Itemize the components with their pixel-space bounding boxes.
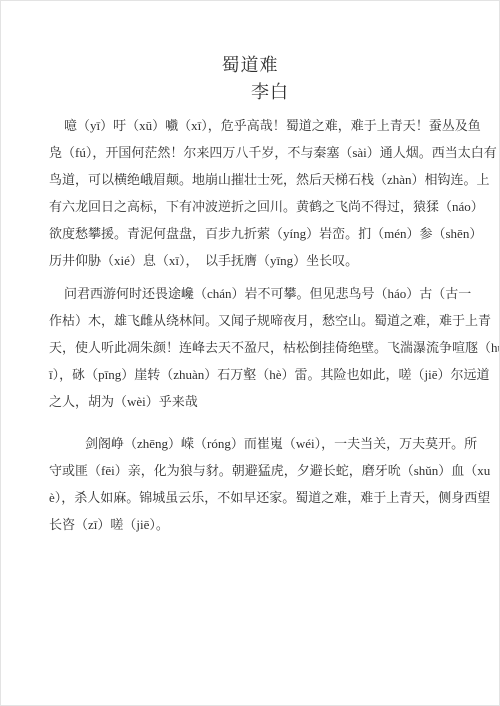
paragraph-3: 剑阁峥（zhēng）嵘（róng）而崔嵬（wéi），一夫当关，万夫莫开。所 守或… — [49, 430, 463, 538]
document-title: 蜀道难 — [1, 51, 499, 77]
text-line: ī），砯（pīng）崖转（zhuàn）石万壑（hè）雷。其险也如此，嗟（jiē）… — [49, 361, 463, 388]
text-line: 有六龙回日之高标，下有冲波逆折之回川。黄鹤之飞尚不得过，猿猱（náo） — [49, 193, 463, 220]
text-line: 噫（yī）吁（xū）嚱（xī），危乎高哉！蜀道之难，难于上青天！蚕丛及鱼 — [49, 112, 463, 139]
text-line: 守或匪（fēi）亲，化为狼与豺。朝避猛虎，夕避长蛇，磨牙吮（shǔn）血（xu — [49, 457, 463, 484]
text-line: 之人，胡为（wèi）乎来哉 — [49, 388, 463, 415]
text-line: 剑阁峥（zhēng）嵘（róng）而崔嵬（wéi），一夫当关，万夫莫开。所 — [49, 430, 463, 457]
text-line: 鸟道，可以横绝峨眉颠。地崩山摧壮士死，然后天梯石栈（zhàn）相钩连。上 — [49, 166, 463, 193]
text-line: 凫（fú），开国何茫然！尔来四万八千岁，不与秦塞（sài）通人烟。西当太白有 — [49, 139, 463, 166]
text-line: 天，使人听此凋朱颜！连峰去天不盈尺，枯松倒挂倚绝壁。飞湍瀑流争喧豗（hu — [49, 334, 463, 361]
document-body: 噫（yī）吁（xū）嚱（xī），危乎高哉！蜀道之难，难于上青天！蚕丛及鱼 凫（f… — [49, 112, 463, 538]
paragraph-2: 问君西游何时还畏途巉（chán）岩不可攀。但见悲鸟号（háo）古（古一 作枯）木… — [49, 280, 463, 415]
text-line: 长咨（zī）嗟（jiē）。 — [49, 511, 463, 538]
text-line: 作枯）木，雄飞雌从绕林间。又闻子规啼夜月，愁空山。蜀道之难，难于上青 — [49, 307, 463, 334]
text-line: è），杀人如麻。锦城虽云乐，不如早还家。蜀道之难，难于上青天，侧身西望 — [49, 484, 463, 511]
text-line: 历井仰胁（xié）息（xī）， 以手抚膺（yīng）坐长叹。 — [49, 247, 463, 274]
paragraph-1: 噫（yī）吁（xū）嚱（xī），危乎高哉！蜀道之难，难于上青天！蚕丛及鱼 凫（f… — [49, 112, 463, 274]
document-author: 李白 — [41, 78, 499, 104]
text-line: 问君西游何时还畏途巉（chán）岩不可攀。但见悲鸟号（háo）古（古一 — [49, 280, 463, 307]
text-line: 欲度愁攀援。青泥何盘盘，百步九折萦（yíng）岩峦。扪（mén）参（shēn） — [49, 220, 463, 247]
document-page: 蜀道难 李白 噫（yī）吁（xū）嚱（xī），危乎高哉！蜀道之难，难于上青天！蚕… — [0, 0, 500, 706]
